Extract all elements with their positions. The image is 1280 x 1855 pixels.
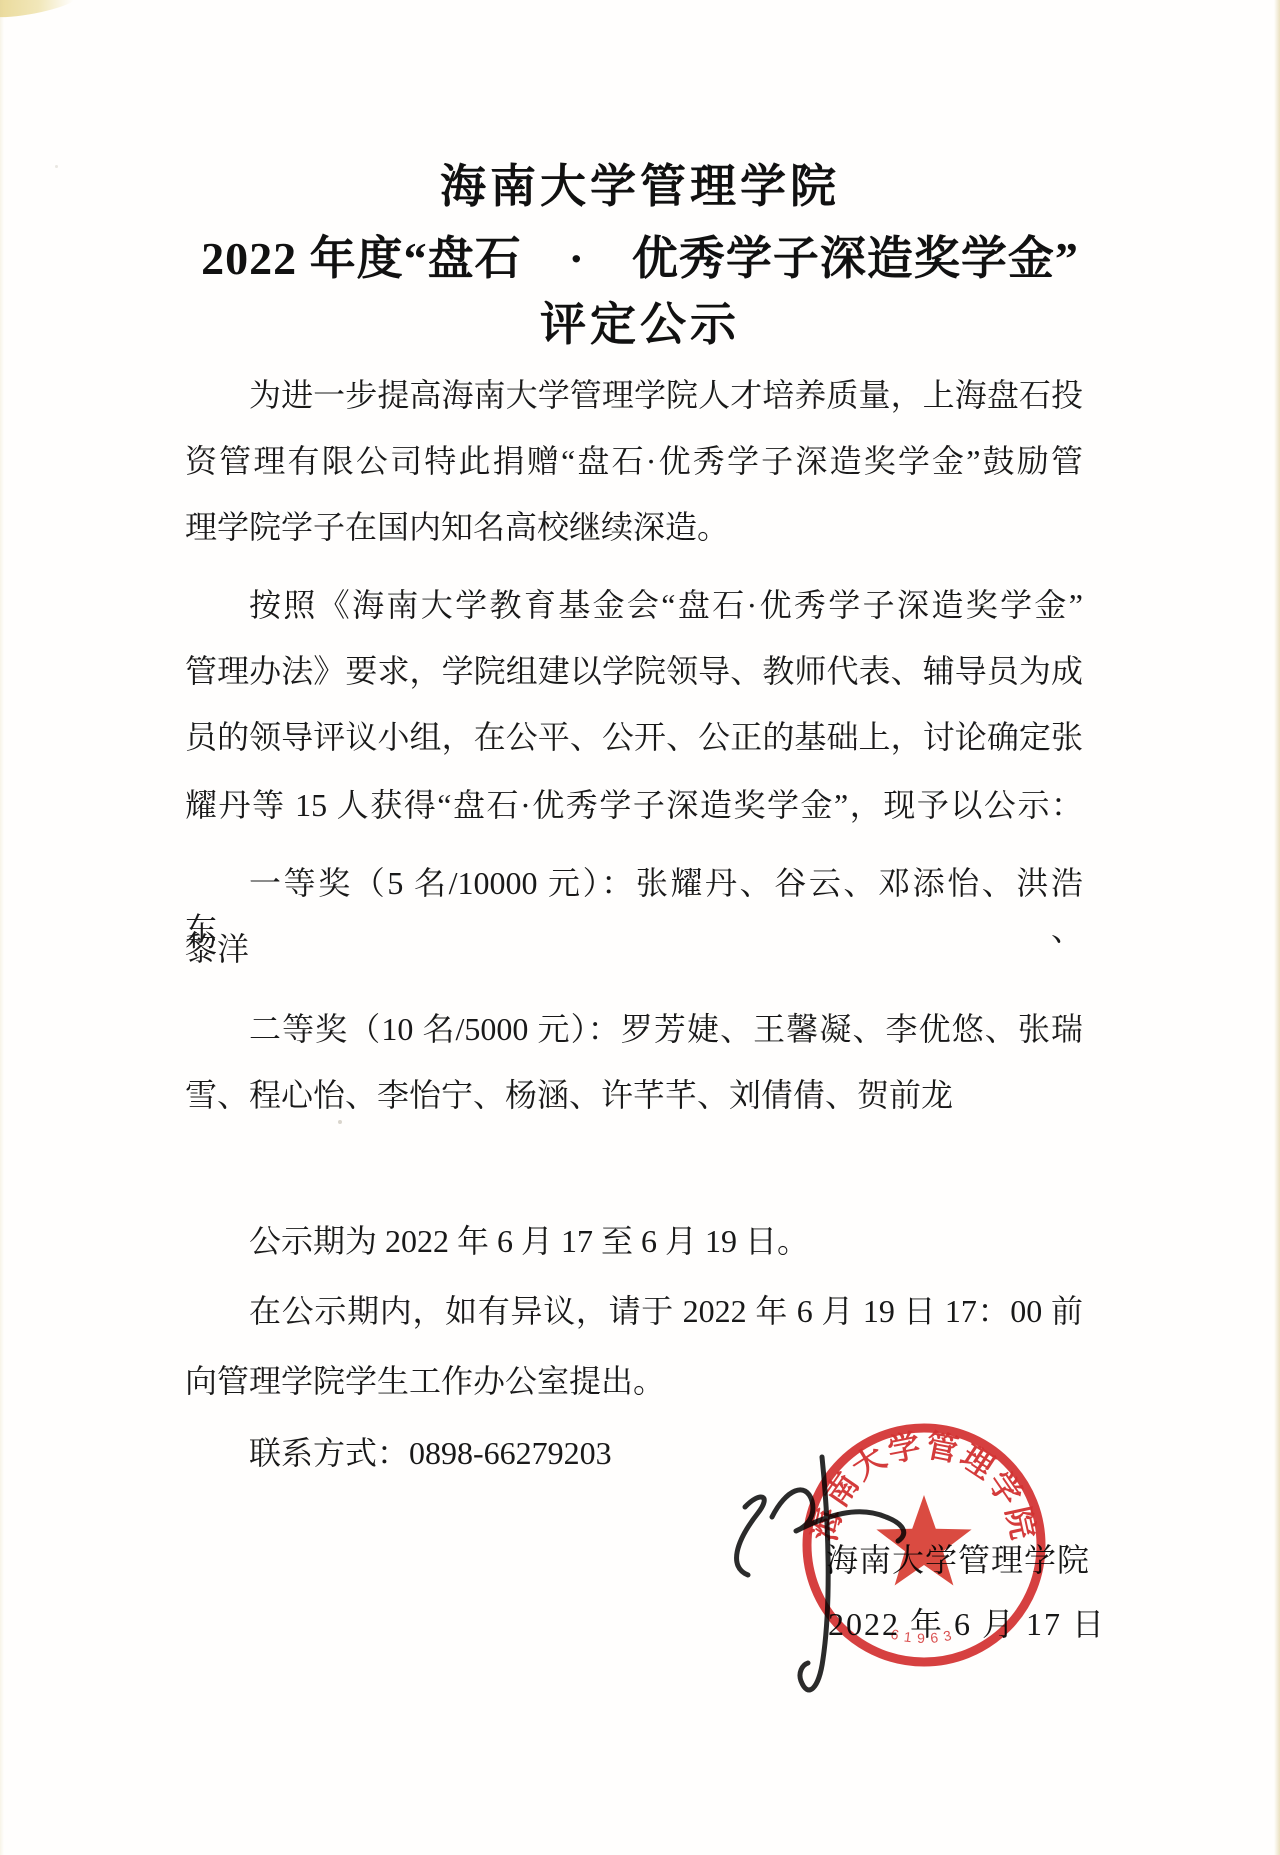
signature-stroke: [772, 1490, 904, 1541]
body-line: 资管理有限公司特此捐赠“盘石·优秀学子深造奖学金”鼓励管: [185, 438, 1083, 484]
paper-stain-top-left: [0, 0, 83, 20]
scan-speck: [338, 1120, 342, 1124]
body-line: 黎洋: [185, 926, 1083, 972]
body-line: 管理办法》要求，学院组建以学院领导、教师代表、辅导员为成: [185, 648, 1083, 694]
body-line: 为进一步提高海南大学管理学院人才培养质量，上海盘石投: [185, 372, 1083, 418]
body-line: 雪、程心怡、李怡宁、杨涵、许芊芊、刘倩倩、贺前龙: [185, 1072, 1083, 1118]
page-title-line-2: 2022 年度“盘石 · 优秀学子深造奖学金”: [0, 230, 1280, 288]
body-line: 向管理学院学生工作办公室提出。: [185, 1358, 1083, 1404]
body-line: 公示期为 2022 年 6 月 17 至 6 月 19 日。: [185, 1218, 1083, 1264]
body-line: 二等奖（10 名/5000 元）：罗芳婕、王馨凝、李优悠、张瑞: [185, 1006, 1083, 1052]
handwritten-signature: [690, 1445, 950, 1707]
body-line: 一等奖（5 名/10000 元）：张耀丹、谷云、邓添怡、洪浩东、: [185, 860, 1083, 906]
scanned-document-page: 海南大学管理学院 2022 年度“盘石 · 优秀学子深造奖学金” 评定公示 为进…: [0, 0, 1280, 1855]
body-line: 员的领导评议小组，在公平、公开、公正的基础上，讨论确定张: [185, 714, 1083, 760]
signature-stroke: [737, 1497, 765, 1575]
body-line: 耀丹等 15 人获得“盘石·优秀学子深造奖学金”，现予以公示：: [185, 782, 1083, 828]
body-line: 按照《海南大学教育基金会“盘石·优秀学子深造奖学金”: [185, 582, 1083, 628]
page-title-line-1: 海南大学管理学院: [0, 158, 1280, 216]
page-title-line-3: 评定公示: [0, 296, 1280, 354]
body-line: 理学院学子在国内知名高校继续深造。: [185, 504, 1083, 550]
body-line: 在公示期内，如有异议，请于 2022 年 6 月 19 日 17：00 前: [185, 1288, 1083, 1334]
